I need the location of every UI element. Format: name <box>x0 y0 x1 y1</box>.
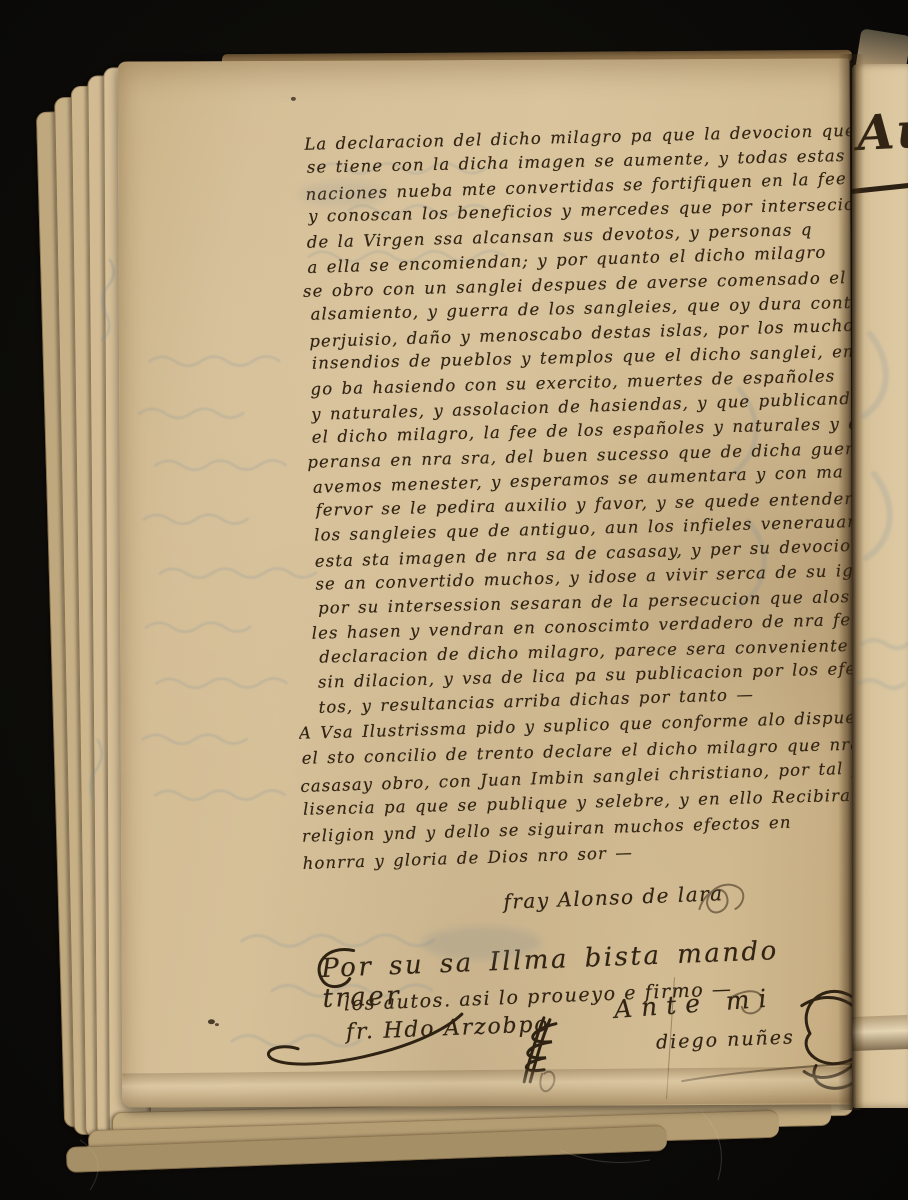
bleed-stroke <box>864 334 886 416</box>
page-bottom-fold <box>122 1066 854 1107</box>
photo-of-manuscript: { "colors": { "background": "#0d0c09", "… <box>0 0 908 1200</box>
rubric-archbishop-swash <box>268 1014 462 1064</box>
fiber <box>560 1150 650 1162</box>
ink-blot <box>208 1019 215 1024</box>
rubric-group <box>268 884 855 1092</box>
book-gutter-shadow <box>838 54 864 1110</box>
bleed-stroke <box>102 260 114 340</box>
bleed-stroke <box>866 474 890 558</box>
bleed-stroke <box>90 740 101 800</box>
facing-bleed-group <box>858 334 908 688</box>
fiber <box>700 1110 721 1180</box>
decree-capital-flourish <box>319 949 354 986</box>
ink-blot <box>291 97 296 101</box>
ink-blot <box>215 1023 219 1026</box>
rubric-fray-alonso <box>699 885 743 913</box>
manuscript-page: La declaracion del dicho milagro pa que … <box>118 58 855 1107</box>
fiber <box>80 1140 98 1190</box>
rubric-ante-mi-curl <box>732 991 763 1013</box>
bleed-stroke <box>858 640 908 688</box>
